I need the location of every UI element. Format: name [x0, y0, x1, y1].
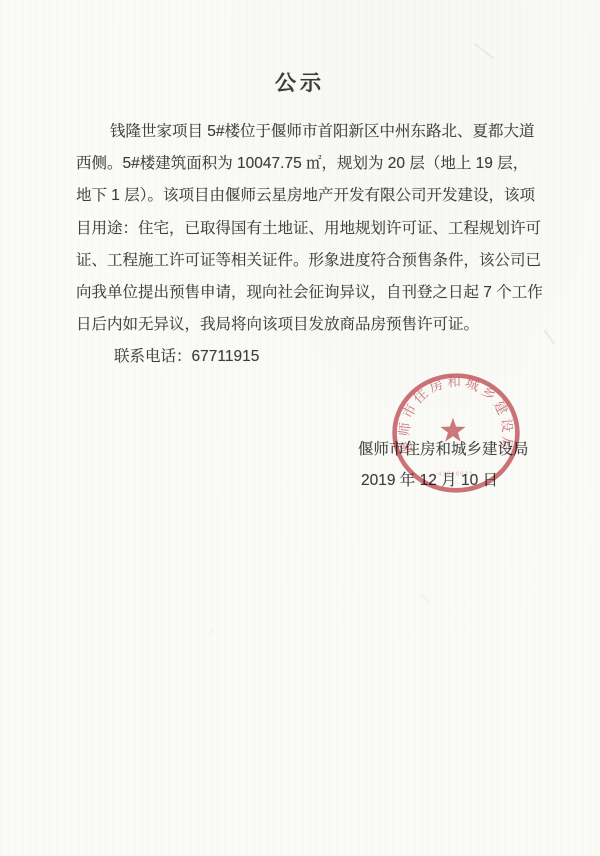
seal-arc-text-holder: 偃师市住房和城乡建设局: [396, 374, 516, 456]
seal-arc-text: 偃师市住房和城乡建设局: [396, 374, 516, 456]
body-line: 向我单位提出预售申请，现向社会征询异议，自刊登之日起 7 个工作: [76, 277, 526, 309]
scan-smudge: [421, 594, 430, 603]
notice-body: 钱隆世家项目 5#楼位于偃师市首阳新区中州东路北、夏都大道 西侧。5#楼建筑面积…: [76, 116, 526, 374]
seal-star-icon: [440, 418, 465, 442]
page-title: 公示: [0, 67, 600, 97]
body-line: 地下 1 层）。该项目由偃师云星房地产开发有限公司开发建设，该项: [76, 180, 526, 212]
scan-smudge: [208, 628, 214, 634]
scanned-notice-page: { "document": { "title": "公示", "body_lin…: [0, 0, 600, 856]
body-line: 钱隆世家项目 5#楼位于偃师市首阳新区中州东路北、夏都大道: [76, 116, 526, 148]
body-line: 西侧。5#楼建筑面积为 10047.75 ㎡，规划为 20 层（地上 19 层，: [76, 148, 526, 180]
body-line: 目用途：住宅，已取得国有土地证、用地规划许可证、工程规划许可: [76, 213, 526, 245]
scan-smudge: [544, 329, 555, 344]
seal-code: 41810032: [438, 472, 474, 478]
body-line: 证、工程施工许可证等相关证件。形象进度符合预售条件，该公司已: [76, 245, 526, 277]
official-seal: 偃师市住房和城乡建设局 41810032: [389, 370, 525, 498]
body-line: 日后内如无异议，我局将向该项目发放商品房预售许可证。: [76, 309, 526, 341]
contact-phone-line: 联系电话：67711915: [76, 341, 526, 373]
scan-smudge: [474, 43, 494, 59]
